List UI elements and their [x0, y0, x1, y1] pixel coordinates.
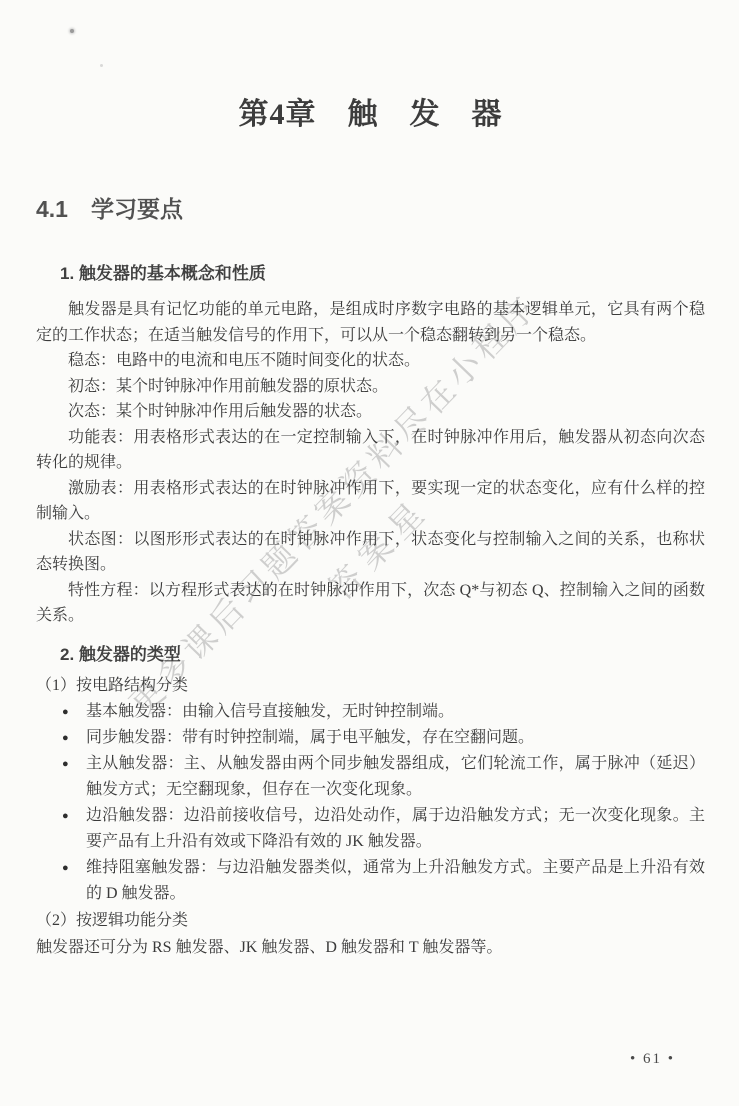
chapter-title: 第4章 触 发 器: [36, 96, 705, 134]
list-item-text: 主从触发器：主、从触发器由两个同步触发器组成，它们轮流工作，属于脉冲（延迟）触发…: [86, 751, 705, 803]
subheading-flipflop-types: 2. 触发器的类型: [60, 643, 705, 667]
bullet-icon: ●: [62, 725, 86, 751]
paragraph: 初态：某个时钟脉冲作用前触发器的原状态。: [36, 374, 705, 400]
list-item-text: 同步触发器：带有时钟控制端，属于电平触发，存在空翻问题。: [86, 725, 705, 751]
list-item: ● 主从触发器：主、从触发器由两个同步触发器组成，它们轮流工作，属于脉冲（延迟）…: [62, 751, 705, 803]
classification-by-circuit: （1）按电路结构分类: [36, 672, 705, 699]
paragraph: 稳态：电路中的电流和电压不随时间变化的状态。: [36, 348, 705, 374]
list-item: ● 边沿触发器：边沿前接收信号，边沿处动作，属于边沿触发方式；无一次变化现象。主…: [62, 803, 705, 855]
paragraph: 触发器是具有记忆功能的单元电路，是组成时序数字电路的基本逻辑单元，它具有两个稳定…: [36, 297, 705, 348]
closing-paragraph: 触发器还可分为 RS 触发器、JK 触发器、D 触发器和 T 触发器等。: [36, 934, 705, 961]
list-item: ● 维持阻塞触发器：与边沿触发器类似，通常为上升沿触发方式。主要产品是上升沿有效…: [62, 855, 705, 907]
list-item-text: 维持阻塞触发器：与边沿触发器类似，通常为上升沿触发方式。主要产品是上升沿有效的 …: [86, 855, 705, 907]
paragraph: 功能表：用表格形式表达的在一定控制输入下，在时钟脉冲作用后，触发器从初态向次态转…: [36, 425, 705, 476]
page-number: • 61 •: [630, 1051, 675, 1068]
flipflop-type-list: ● 基本触发器：由输入信号直接触发，无时钟控制端。 ● 同步触发器：带有时钟控制…: [36, 699, 705, 907]
list-item: ● 基本触发器：由输入信号直接触发，无时钟控制端。: [62, 699, 705, 725]
paragraph: 状态图：以图形形式表达的在时钟脉冲作用下，状态变化与控制输入之间的关系，也称状态…: [36, 527, 705, 578]
list-item: ● 同步触发器：带有时钟控制端，属于电平触发，存在空翻问题。: [62, 725, 705, 751]
paragraph: 激励表：用表格形式表达的在时钟脉冲作用下，要实现一定的状态变化，应有什么样的控制…: [36, 476, 705, 527]
bullet-icon: ●: [62, 751, 86, 803]
paragraph: 特性方程：以方程形式表达的在时钟脉冲作用下，次态 Q*与初态 Q、控制输入之间的…: [36, 578, 705, 629]
bullet-icon: ●: [62, 699, 86, 725]
section-heading: 4.1 学习要点: [36, 194, 705, 224]
subheading-basic-concepts: 1. 触发器的基本概念和性质: [60, 262, 705, 286]
list-item-text: 边沿触发器：边沿前接收信号，边沿处动作，属于边沿触发方式；无一次变化现象。主要产…: [86, 803, 705, 855]
document-page: 更多课后习题答案资料尽在小程序 答案星 第4章 触 发 器 4.1 学习要点 1…: [0, 0, 739, 1106]
paragraph: 次态：某个时钟脉冲作用后触发器的状态。: [36, 399, 705, 425]
page-content: 第4章 触 发 器 4.1 学习要点 1. 触发器的基本概念和性质 触发器是具有…: [36, 0, 705, 961]
list-item-text: 基本触发器：由输入信号直接触发，无时钟控制端。: [86, 699, 705, 725]
bullet-icon: ●: [62, 803, 86, 855]
classification-by-logic: （2）按逻辑功能分类: [36, 907, 705, 934]
bullet-icon: ●: [62, 855, 86, 907]
